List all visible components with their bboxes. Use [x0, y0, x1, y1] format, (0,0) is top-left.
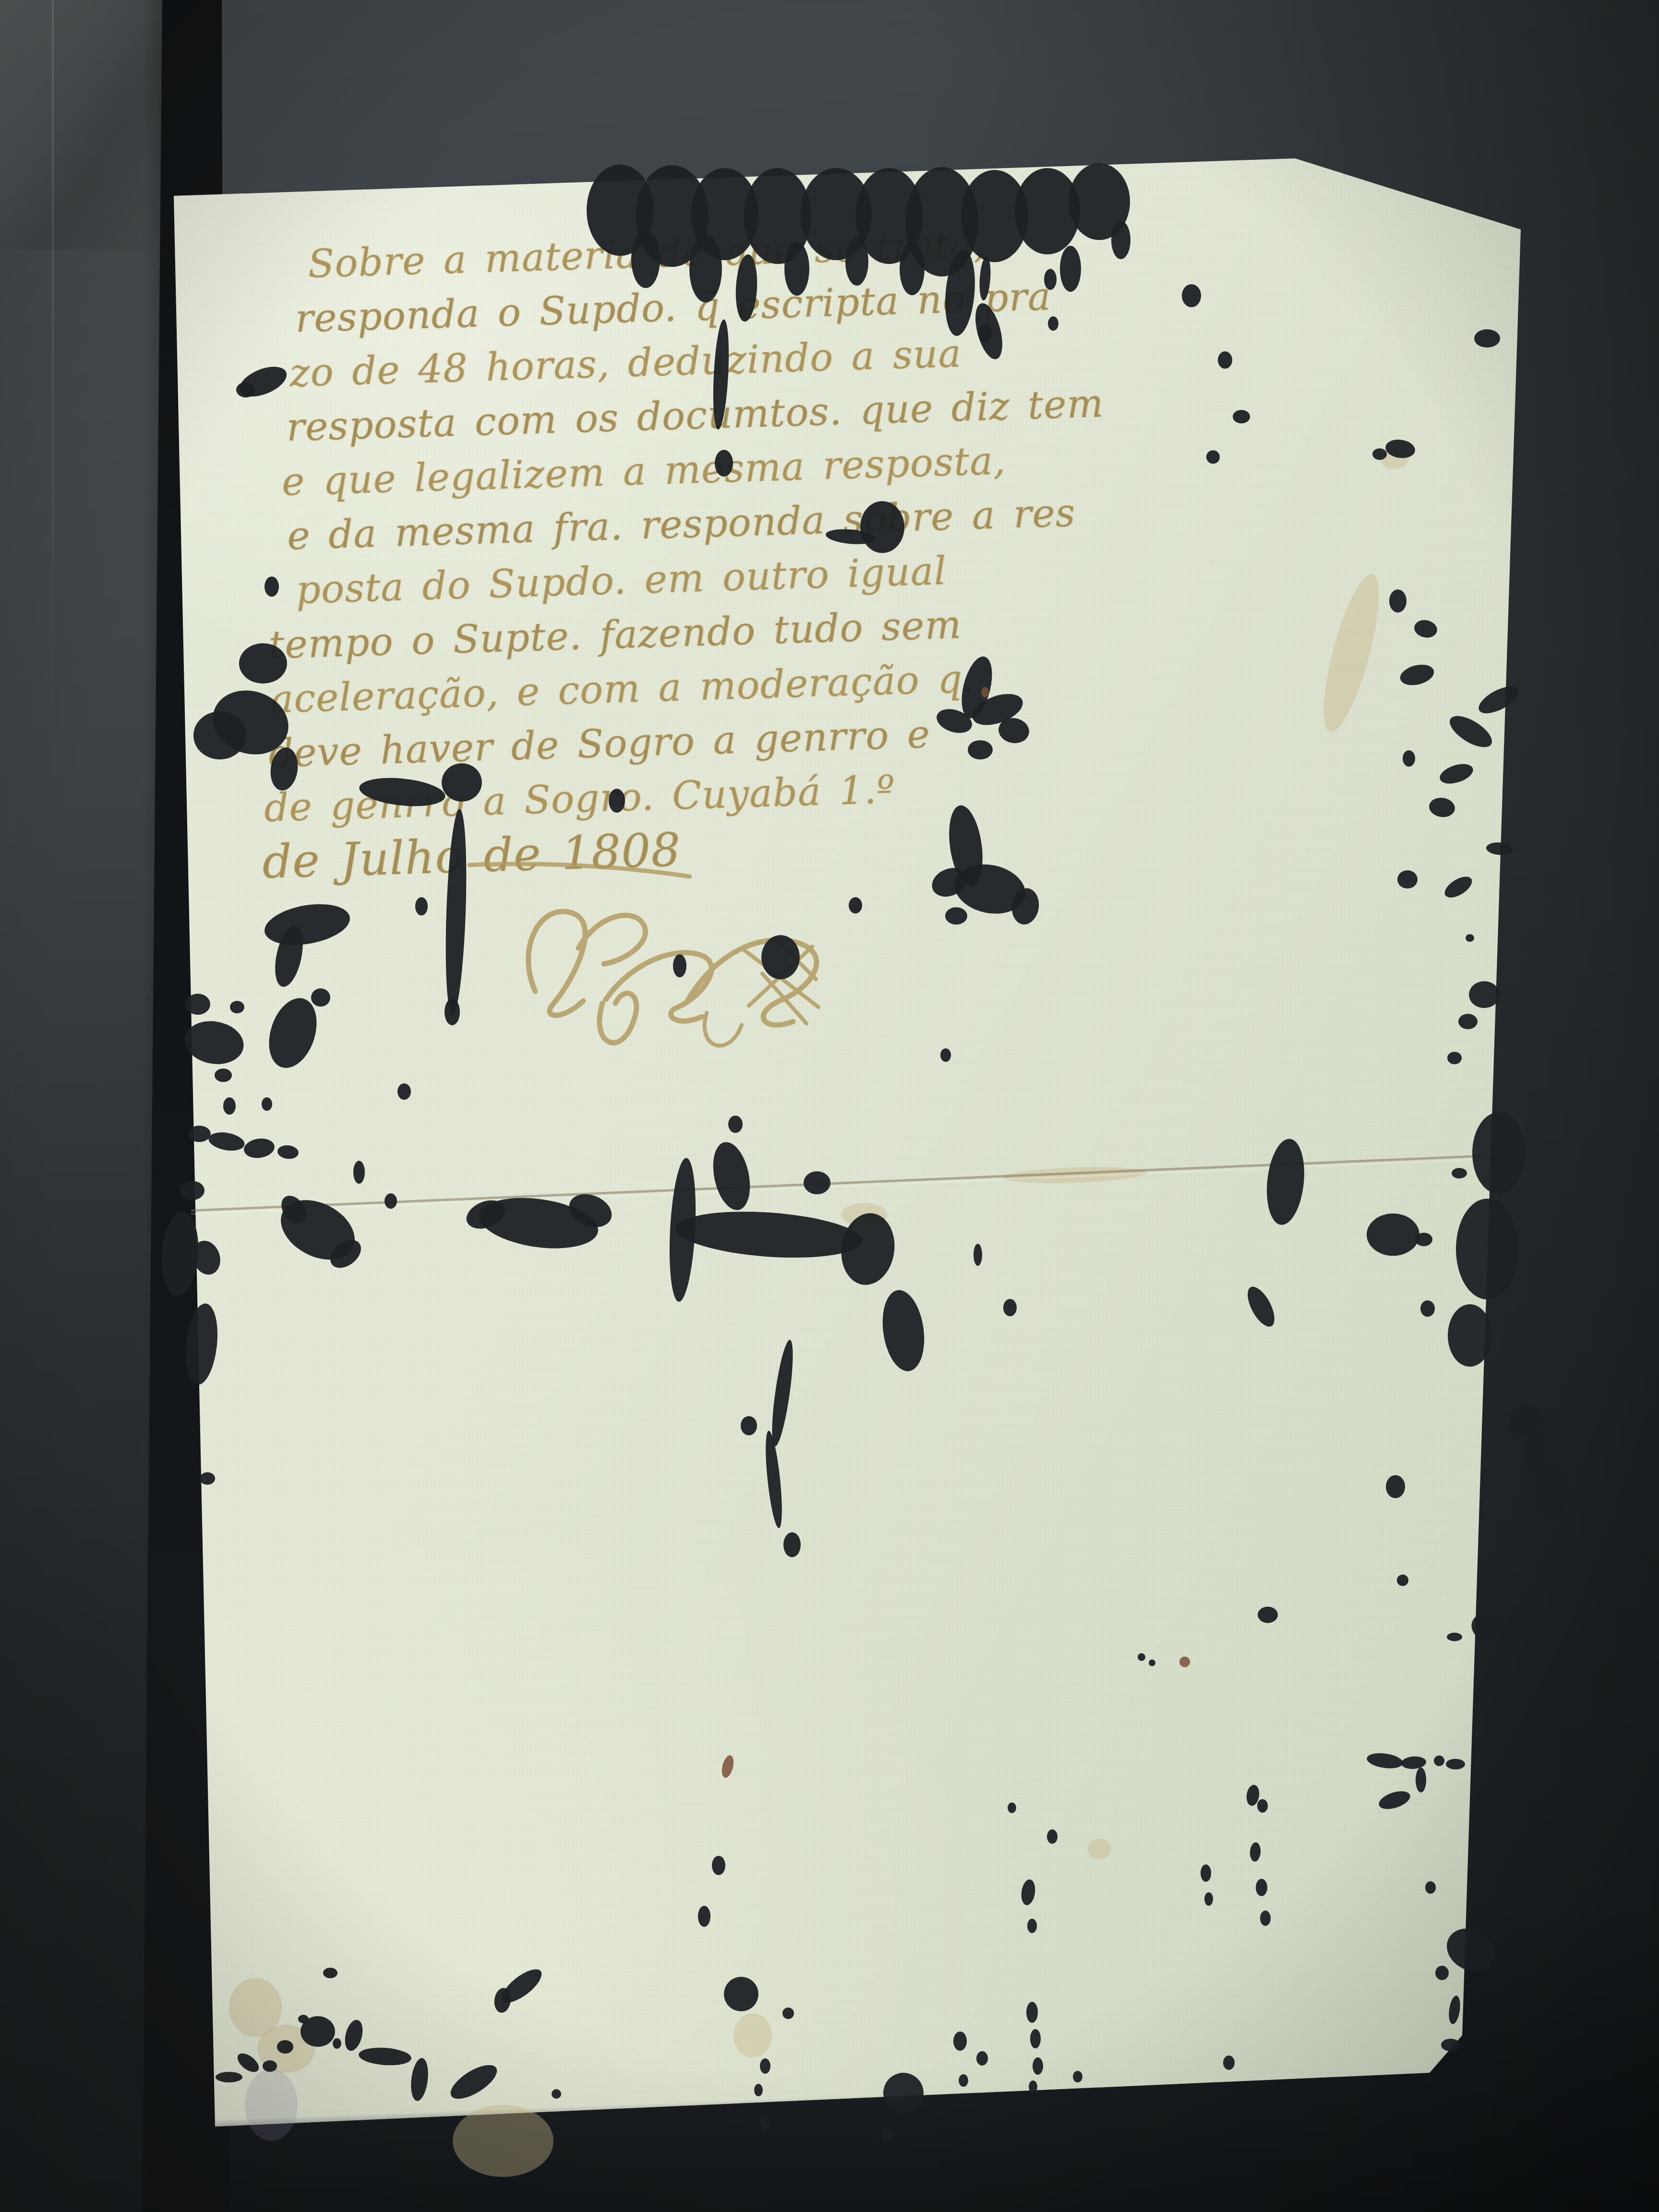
ink-blot — [1475, 681, 1523, 719]
ink-blot — [1447, 1995, 1462, 2025]
ink-blot — [1389, 589, 1407, 613]
ink-blot — [268, 746, 301, 793]
ink-blot — [1033, 2057, 1043, 2075]
ink-blot — [761, 935, 800, 979]
ink-blot — [311, 988, 330, 1007]
ink-blot — [1428, 796, 1456, 818]
ink-blot — [978, 256, 992, 301]
ink-blot — [1003, 1299, 1017, 1316]
ink-blot — [243, 1137, 276, 1160]
ink-blot — [953, 2032, 967, 2051]
ink-blot — [783, 1532, 801, 1557]
smudge — [245, 2069, 298, 2141]
damage-and-ink-overlay — [0, 0, 1659, 2212]
ink-blot — [1452, 1168, 1467, 1178]
stain — [453, 2105, 553, 2177]
ink-blot — [180, 1181, 204, 1200]
ink-blot — [1250, 1842, 1262, 1862]
ink-blot — [609, 789, 625, 813]
ink-blot — [1416, 1767, 1426, 1792]
ink-blot — [689, 235, 722, 302]
ink-blot — [181, 1017, 247, 1069]
ink-blot — [298, 2015, 309, 2023]
ink-blot — [849, 897, 862, 914]
stain-layer — [229, 448, 1409, 2177]
ink-blot — [409, 2057, 431, 2102]
ink-blot — [1206, 450, 1220, 464]
ink-blot — [1425, 1881, 1436, 1894]
ink-blot — [878, 2067, 929, 2119]
ink-blot — [358, 774, 447, 810]
stain — [733, 2013, 772, 2057]
ink-blot — [223, 1097, 236, 1115]
ink-blot — [1441, 2039, 1460, 2051]
ink-blot — [940, 1048, 951, 1062]
ink-blot — [978, 324, 992, 342]
brown-mark — [1179, 1657, 1190, 1667]
ink-blot — [711, 319, 731, 430]
ink-blot — [342, 2018, 366, 2053]
ink-blot — [1218, 351, 1232, 369]
ink-blot — [1397, 1575, 1408, 1586]
ink-blot — [698, 1906, 710, 1927]
ink-blot — [1435, 1966, 1449, 1980]
ink-blot — [782, 2008, 794, 2019]
ink-blot — [1149, 1659, 1155, 1666]
ink-blot — [1466, 934, 1474, 942]
ink-blot — [1458, 1014, 1478, 1029]
ink-blot — [188, 1126, 211, 1142]
ink-blot — [715, 450, 733, 477]
ink-blot — [1439, 1921, 1502, 1980]
ink-blot — [1472, 1112, 1525, 1194]
ink-blot — [974, 1244, 982, 1266]
ink-blot — [1386, 1475, 1405, 1498]
ink-blot — [261, 898, 353, 951]
brown-mark — [981, 687, 989, 697]
ink-blot — [1030, 2029, 1041, 2048]
ink-blot — [1260, 1911, 1271, 1926]
ink-blot — [1233, 410, 1250, 423]
stain — [1088, 1839, 1111, 1860]
ink-blot — [1048, 316, 1058, 331]
ink-blot — [734, 254, 758, 322]
ink-blot — [415, 897, 428, 915]
ink-blot — [236, 382, 255, 397]
ink-blot — [1398, 661, 1436, 688]
ink-blot — [1242, 1283, 1280, 1331]
ink-blot — [728, 1116, 743, 1133]
ink-blot — [263, 2060, 277, 2072]
ink-blot — [216, 2072, 242, 2082]
ink-blot — [1447, 1633, 1462, 1641]
ink-blot — [1486, 842, 1514, 856]
ink-blot — [1508, 1604, 1537, 1629]
ink-blot — [712, 1856, 725, 1875]
ink-blot — [333, 2038, 341, 2049]
ink-blot — [1111, 221, 1130, 259]
ink-blot — [976, 2051, 988, 2066]
ink-blot — [1257, 1799, 1268, 1813]
ink-blot — [215, 1069, 232, 1082]
ink-blot — [881, 2127, 892, 2141]
ink-blot — [741, 1416, 757, 1435]
ink-blot — [200, 1472, 215, 1485]
ink-blot — [760, 2116, 770, 2130]
ink-blot — [1223, 2056, 1235, 2070]
ink-blot — [1476, 1874, 1488, 1906]
ink-blot — [397, 1083, 411, 1100]
ink-blot — [1008, 1803, 1016, 1813]
ink-blot — [445, 2058, 502, 2105]
ink-blot — [900, 242, 925, 295]
ink-blot — [945, 907, 967, 925]
ink-blot — [1263, 1137, 1308, 1227]
ink-blot — [674, 1206, 864, 1263]
ink-blot — [385, 1193, 397, 1209]
ink-blot — [1403, 750, 1415, 767]
ink-blot — [878, 1287, 929, 1374]
ink-blot — [182, 1302, 221, 1386]
ink-blot — [1437, 760, 1476, 787]
ink-blot — [845, 238, 868, 286]
signature-rubric — [529, 912, 818, 1046]
ink-blot — [1138, 1653, 1145, 1661]
ink-blot — [1434, 1755, 1444, 1766]
ink-blot — [1469, 981, 1500, 1008]
ink-blot — [762, 1430, 785, 1529]
ink-blot — [1530, 1462, 1569, 1520]
ink-blot — [1258, 1607, 1278, 1623]
ink-blot — [673, 954, 686, 977]
ink-blot — [754, 2084, 763, 2096]
ink-blot — [207, 1130, 246, 1154]
ink-blot — [959, 2074, 968, 2087]
ink-blot — [323, 1968, 337, 1978]
ink-blot — [760, 2058, 770, 2074]
ink-blot — [1204, 1892, 1213, 1906]
ink-blot — [443, 808, 469, 1015]
ink-blot — [185, 994, 210, 1015]
ink-blot — [1029, 2080, 1037, 2093]
ink-blot — [1256, 1879, 1267, 1896]
ink-blot — [860, 501, 904, 553]
ink-blot — [277, 2040, 293, 2054]
ink-blot — [1047, 1829, 1058, 1844]
ink-blot — [1026, 2002, 1038, 2023]
ink-blot — [804, 1171, 830, 1194]
ink-blot — [1372, 448, 1387, 460]
ink-blot — [1027, 1919, 1037, 1933]
ink-blot — [1377, 1788, 1413, 1812]
ink-blot — [239, 643, 287, 684]
ink-blot — [230, 1001, 244, 1013]
ink-blot — [358, 2046, 412, 2067]
ink-blot-layer — [159, 163, 1569, 2141]
ink-blot — [1397, 870, 1418, 889]
ink-blot — [1456, 1199, 1518, 1299]
ink-blot — [1446, 1759, 1465, 1769]
ink-blot — [1420, 1300, 1435, 1317]
ink-blot — [1201, 1864, 1211, 1882]
ink-blot — [708, 1139, 756, 1214]
ink-blot — [1020, 1878, 1036, 1906]
ink-blot — [1474, 329, 1500, 348]
ink-blot — [768, 1339, 797, 1447]
ink-blot — [1448, 1304, 1492, 1367]
ink-blot — [631, 230, 660, 288]
ink-blot — [277, 1144, 300, 1160]
ink-blot — [784, 242, 809, 296]
ink-blot — [1445, 710, 1497, 753]
ink-blot — [1415, 1233, 1432, 1246]
ink-blot — [1413, 618, 1439, 639]
ink-blot — [1366, 1751, 1404, 1770]
date-underline — [469, 864, 690, 877]
stain — [1312, 569, 1390, 736]
brown-mark — [720, 1754, 736, 1779]
ink-blot — [1401, 1755, 1427, 1770]
ink-blot — [1044, 269, 1057, 290]
ink-blot — [1447, 1052, 1462, 1064]
ink-blot — [262, 1097, 272, 1111]
ink-blot — [193, 711, 246, 759]
ink-blot — [724, 1977, 758, 2011]
ink-blot — [968, 740, 993, 759]
ink-blot — [1060, 246, 1081, 292]
ink-blot — [442, 763, 482, 802]
ink-blot — [1182, 284, 1201, 307]
ink-blot — [1367, 1214, 1419, 1256]
ink-blot — [552, 2089, 561, 2099]
ink-blot — [264, 577, 279, 597]
ink-blot — [1441, 872, 1475, 902]
photo-background: Sobre a materia de que se trata,responda… — [0, 0, 1659, 2212]
ink-blot — [445, 998, 460, 1025]
ink-blot — [353, 1161, 365, 1184]
ink-blot — [1073, 2071, 1082, 2082]
